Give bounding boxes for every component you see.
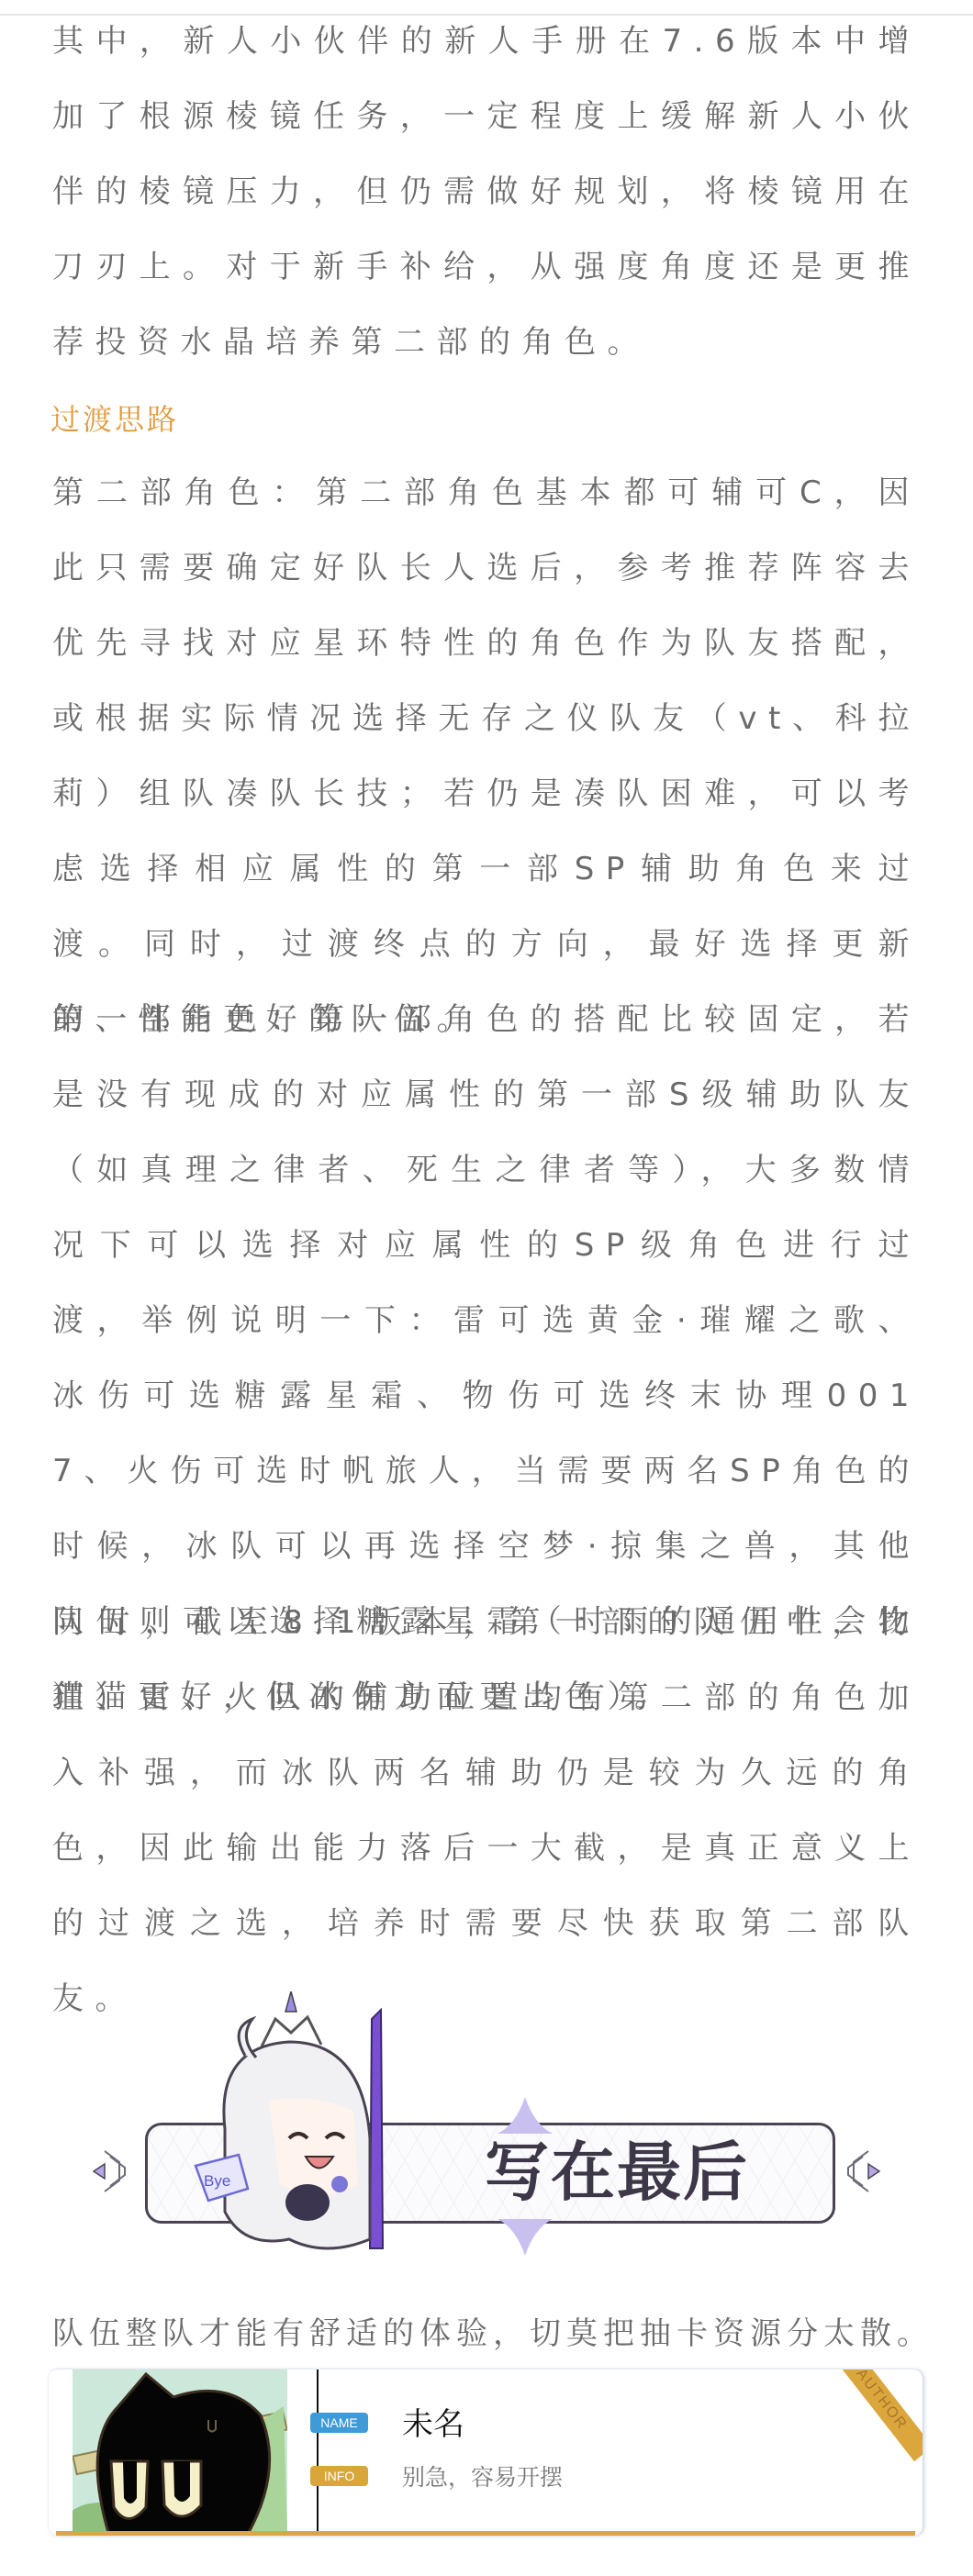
- info-badge: INFO: [310, 2466, 368, 2486]
- sparkle-bottom-icon: [488, 2219, 562, 2256]
- author-avatar: [73, 2370, 287, 2536]
- author-name: 未名: [402, 2406, 464, 2443]
- author-ribbon: AUTHOR: [830, 2370, 923, 2461]
- chibi-character-illustration: Bye: [188, 1991, 399, 2258]
- paragraph-ice-team-note: 同时，截至8.1版本，第一部的队伍中，物理、雷、火队的辅助位置均有第二部的角色加…: [52, 1585, 921, 2036]
- author-info: 别急，容易开摆: [402, 2463, 563, 2492]
- section-heading: 过渡思路: [50, 394, 179, 445]
- author-card: NAME 未名 INFO 别急，容易开摆 AUTHOR: [49, 2370, 923, 2536]
- closing-sentence: 队伍整队才能有舒适的体验，切莫把抽卡资源分太散。: [52, 2306, 934, 2361]
- banner-title: 写在最后: [485, 2131, 749, 2214]
- sparkle-top-icon: [488, 2097, 562, 2134]
- closing-banner: Bye 写在最后: [92, 1991, 881, 2258]
- name-badge: NAME: [310, 2413, 368, 2433]
- card-divider: [317, 2370, 319, 2536]
- card-accent-bar: [56, 2531, 915, 2536]
- ornament-left-icon: [92, 2144, 129, 2199]
- paragraph-part2-characters: 第二部角色：第二部角色基本都可辅可C，因此只需要确定好队长人选后，参考推荐阵容去…: [52, 455, 921, 1057]
- ornament-right-icon: [844, 2144, 881, 2199]
- svg-text:Bye: Bye: [204, 2172, 230, 2190]
- paragraph-intro: 其中，新人小伙伴的新人手册在7.6版本中增加了根源棱镜任务，一定程度上缓解新人小…: [52, 4, 921, 380]
